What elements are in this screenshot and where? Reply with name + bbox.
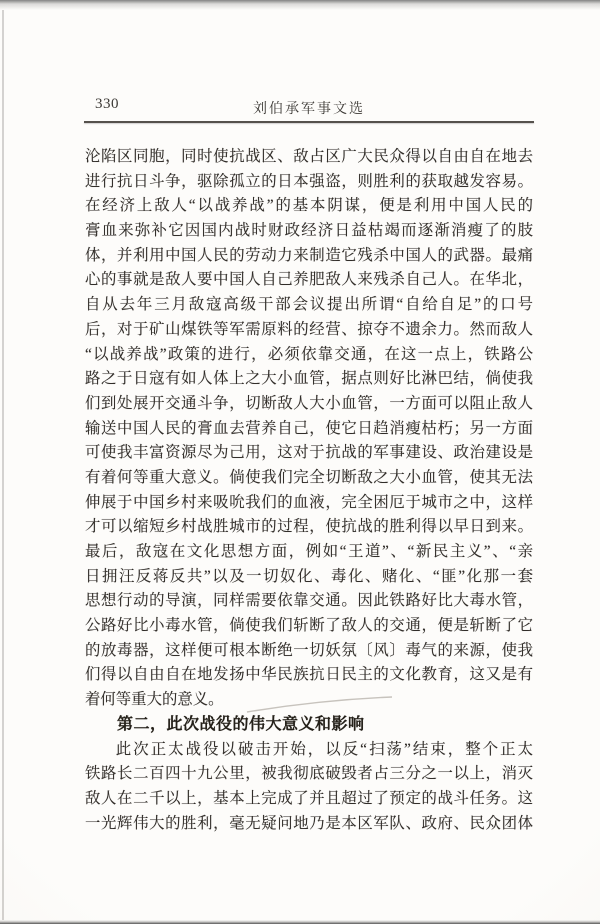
text-line: 体，并利用中国人民的劳动力来制造它残杀中国人的武器。最痛 — [85, 244, 533, 269]
text-line: 着何等重大的意义。 — [85, 688, 533, 713]
text-line: 有着何等重大意义。倘使我们完全切断敌之大小血管，使其无法 — [85, 466, 533, 491]
running-header: 330 刘伯承军事文选 — [85, 96, 533, 118]
page-left-edge-shadow — [2, 10, 4, 920]
text-line: 们得以自由自在地发扬中华民族抗日民主的文化教育，这又是有 — [85, 663, 533, 688]
text-line: 后，对于矿山煤铁等军需原料的经营、掠夺不遗余力。然而敌人 — [85, 318, 533, 343]
text-line: 路之于日寇有如人体上之大小血管，据点则好比淋巴结，倘使我 — [85, 367, 533, 392]
text-line: 膏血来弥补它因国内战时财政经济日益枯竭而逐渐消瘦了的肢 — [85, 219, 533, 244]
text-line: 最后，敌寇在文化思想方面，例如“王道”、“新民主义”、“亲 — [85, 540, 533, 565]
section-heading: 第二，此次战役的伟大意义和影响 — [85, 713, 533, 738]
page-top-edge-shadow — [0, 0, 600, 10]
text-line: 进行抗日斗争，驱除孤立的日本强盗，则胜利的获取越发容易。 — [85, 170, 533, 195]
text-line: 敌人在二千以上，基本上完成了并且超过了预定的战斗任务。这 — [85, 787, 533, 812]
text-line: 才可以缩短乡村战胜城市的过程，使抗战的胜利得以早日到来。 — [85, 515, 533, 540]
text-line: 一光辉伟大的胜利，毫无疑问地乃是本区军队、政府、民众团体 — [85, 812, 533, 837]
text-line: 铁路长二百四十九公里，被我彻底破毁者占三分之一以上，消灭 — [85, 762, 533, 787]
text-line: 的放毒器，这样便可根本断绝一切妖氛〔风〕毒气的来源，使我 — [85, 639, 533, 664]
text-line: 可使我丰富资源尽为己用，这对于抗战的军事建设、政治建设是 — [85, 441, 533, 466]
text-line: 日拥汪反蒋反共”以及一切奴化、毒化、赌化、“匪”化那一套 — [85, 565, 533, 590]
text-line: 思想行动的导演，同样需要依靠交通。因此铁路好比大毒水管， — [85, 589, 533, 614]
running-title: 刘伯承军事文选 — [85, 98, 533, 118]
page-bottom-edge-shadow — [0, 920, 600, 924]
text-line: 自从去年三月敌寇高级干部会议提出所谓“自给自足”的口号 — [85, 293, 533, 318]
header-rule — [84, 121, 534, 123]
text-line: 公路好比小毒水管，倘使我们斩断了敌人的交通，便是斩断了它 — [85, 614, 533, 639]
book-page: 330 刘伯承军事文选 沦陷区同胞，同时使抗战区、敌占区广大民众得以自由自在地去… — [0, 0, 600, 924]
text-line: 在经济上敌人“以战养战”的基本阴谋，便是利用中国人民的 — [85, 194, 533, 219]
page-body-text: 沦陷区同胞，同时使抗战区、敌占区广大民众得以自由自在地去进行抗日斗争，驱除孤立的… — [85, 145, 533, 836]
text-line: “以战养战”政策的进行，必须依靠交通，在这一点上，铁路公 — [85, 343, 533, 368]
text-line: 此次正太战役以破击开始，以反“扫荡”结束，整个正太 — [85, 738, 533, 763]
text-line: 伸展于中国乡村来吸吮我们的血液，完全困厄于城市之中，这样 — [85, 491, 533, 516]
text-line: 心的事就是敌人要中国人自己养肥敌人来残杀自己人。在华北， — [85, 268, 533, 293]
text-line: 们到处展开交通斗争，切断敌人大小血管，一方面可以阻止敌人 — [85, 392, 533, 417]
text-line: 输送中国人民的膏血去营养自己，使它日趋消瘦枯朽；另一方面 — [85, 417, 533, 442]
text-line: 沦陷区同胞，同时使抗战区、敌占区广大民众得以自由自在地去 — [85, 145, 533, 170]
